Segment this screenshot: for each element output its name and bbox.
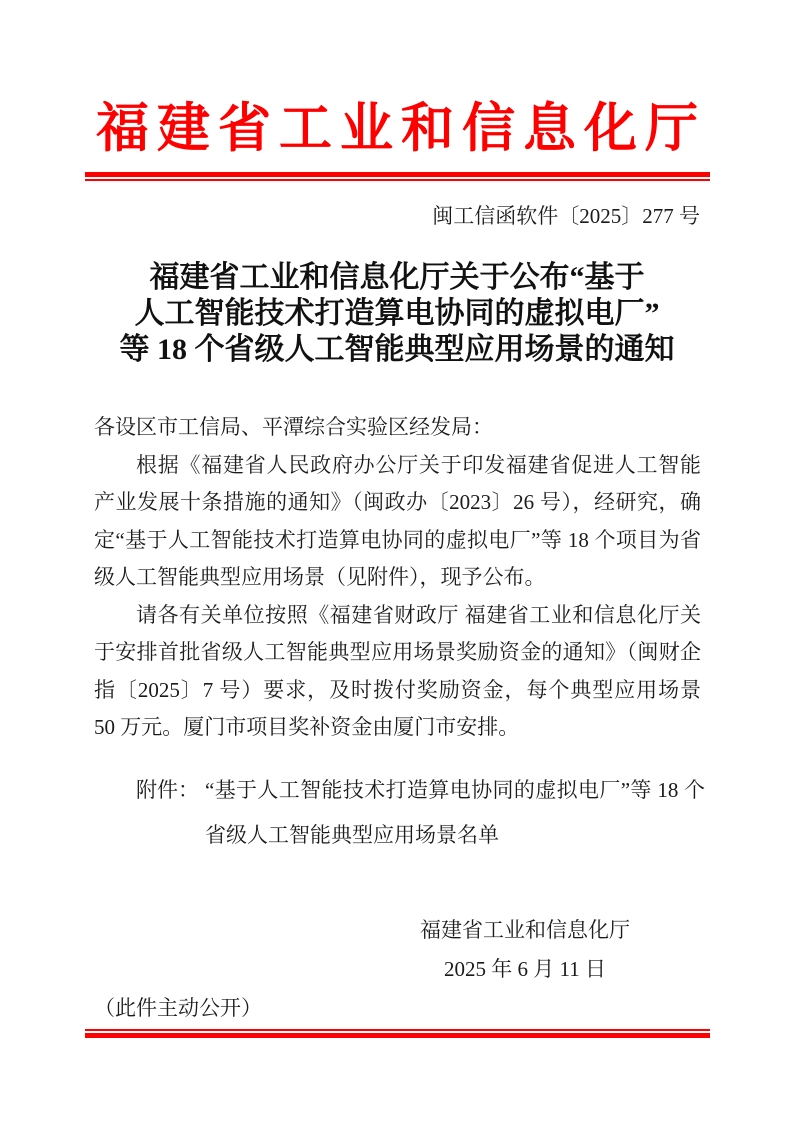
attachment-title-text: “基于人工智能技术打造算电协同的虚拟电厂”等 18 个省级人工智能典型应用场景名… <box>205 768 705 858</box>
document-title-line-2: 人工智能技术打造算电协同的虚拟电厂” <box>77 296 717 332</box>
signature-block: 福建省工业和信息化厅 2025 年 6 月 11 日 <box>350 915 700 984</box>
salutation-line: 各设区市工信局、平潭综合实验区经发局： <box>94 409 701 447</box>
signature-date: 2025 年 6 月 11 日 <box>350 954 700 984</box>
signature-agency-name: 福建省工业和信息化厅 <box>350 915 700 945</box>
document-title-line-3: 等 18 个省级人工智能典型应用场景的通知 <box>77 332 717 368</box>
body-paragraph-1: 根据《福建省人民政府办公厅关于印发福建省促进人工智能产业发展十条措施的通知》（闽… <box>94 447 701 597</box>
document-title-line-1: 福建省工业和信息化厅关于公布“基于 <box>77 260 717 296</box>
footer-separator-rule <box>85 1029 710 1038</box>
attachment-label: 附件： <box>136 768 199 813</box>
letterhead-agency-title: 福建省工业和信息化厅 <box>85 98 709 160</box>
document-number: 闽工信函软件〔2025〕277 号 <box>432 203 700 229</box>
body-paragraph-2: 请各有关单位按照《福建省财政厅 福建省工业和信息化厅关于安排首批省级人工智能典型… <box>94 597 701 747</box>
document-body: 各设区市工信局、平潭综合实验区经发局： 根据《福建省人民政府办公厅关于印发福建省… <box>94 409 701 747</box>
header-rule-thin-bar <box>85 179 710 181</box>
official-document-page: 福建省工业和信息化厅 闽工信函软件〔2025〕277 号 福建省工业和信息化厅关… <box>0 0 794 1123</box>
header-separator-rule <box>85 172 710 181</box>
footer-rule-thick-bar <box>85 1033 710 1038</box>
attachment-block: 附件： “基于人工智能技术打造算电协同的虚拟电厂”等 18 个省级人工智能典型应… <box>136 768 705 858</box>
document-title: 福建省工业和信息化厅关于公布“基于 人工智能技术打造算电协同的虚拟电厂” 等 1… <box>77 260 717 368</box>
disclosure-note: （此件主动公开） <box>94 994 262 1022</box>
